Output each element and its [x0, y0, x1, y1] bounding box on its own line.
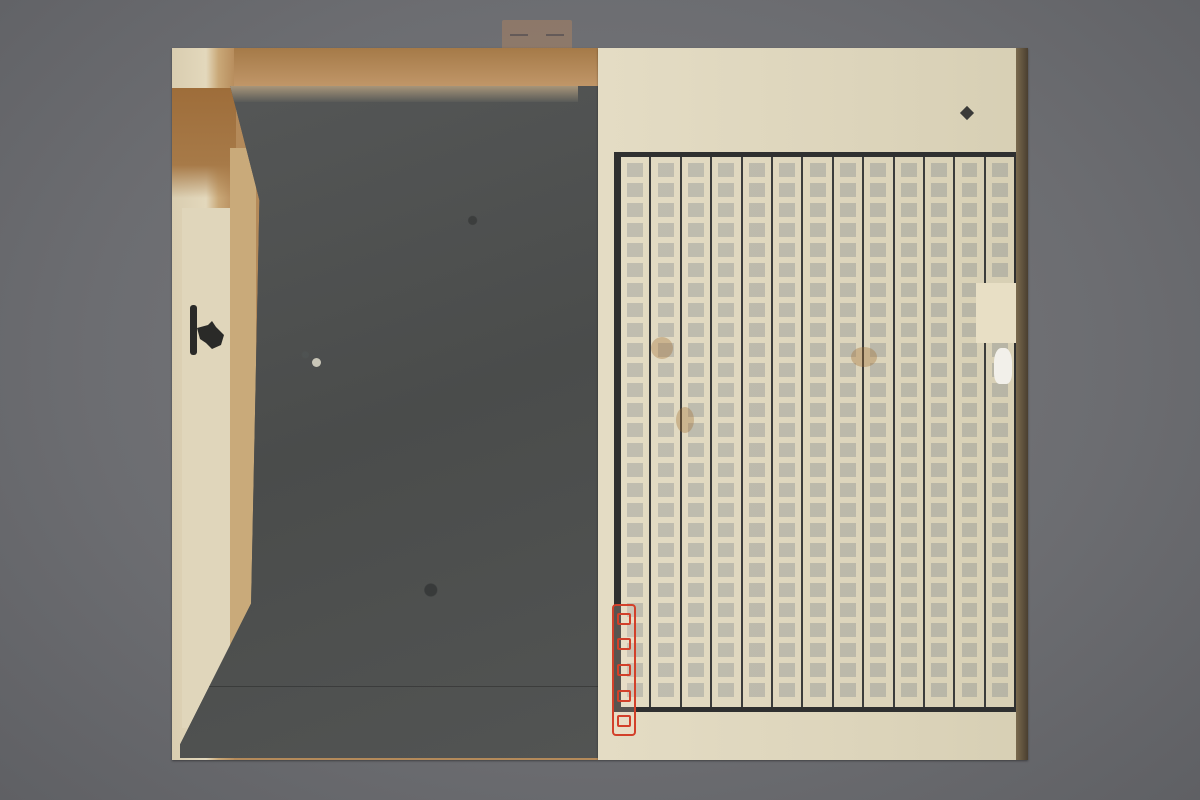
paper-damage-spot: [994, 348, 1012, 384]
endpaper-fold-line: [180, 686, 598, 687]
text-column: [712, 157, 742, 707]
ink-dot: [960, 106, 974, 120]
foxing-stain: [851, 347, 877, 367]
text-column: [743, 157, 773, 707]
book-fore-edge: [1016, 48, 1028, 760]
ink-owner-mark-icon: [188, 303, 226, 358]
cover-stain: [172, 88, 236, 198]
legibility-note: faded, not reliably legible: [598, 48, 599, 49]
cover-top-turn-in: [172, 48, 598, 86]
paper-label-patch: [976, 283, 1016, 343]
collector-seal-icon: [612, 604, 636, 736]
left-inside-cover: [172, 48, 598, 760]
text-column: [955, 157, 985, 707]
right-text-page: faded, not reliably legible: [598, 48, 1028, 760]
foxing-stain: [651, 337, 673, 359]
text-column: [803, 157, 833, 707]
cover-paper-band: [182, 208, 230, 728]
text-column: [925, 157, 955, 707]
text-columns: [621, 157, 1014, 707]
text-column: [895, 157, 925, 707]
endpaper-torn-edge: [220, 86, 578, 102]
text-column: [834, 157, 864, 707]
text-column: [986, 157, 1014, 707]
text-column: [864, 157, 894, 707]
foxing-stain: [676, 407, 694, 433]
binding-hole: [312, 358, 321, 367]
printed-text-frame: [614, 152, 1018, 712]
text-column: [651, 157, 681, 707]
text-column: [773, 157, 803, 707]
